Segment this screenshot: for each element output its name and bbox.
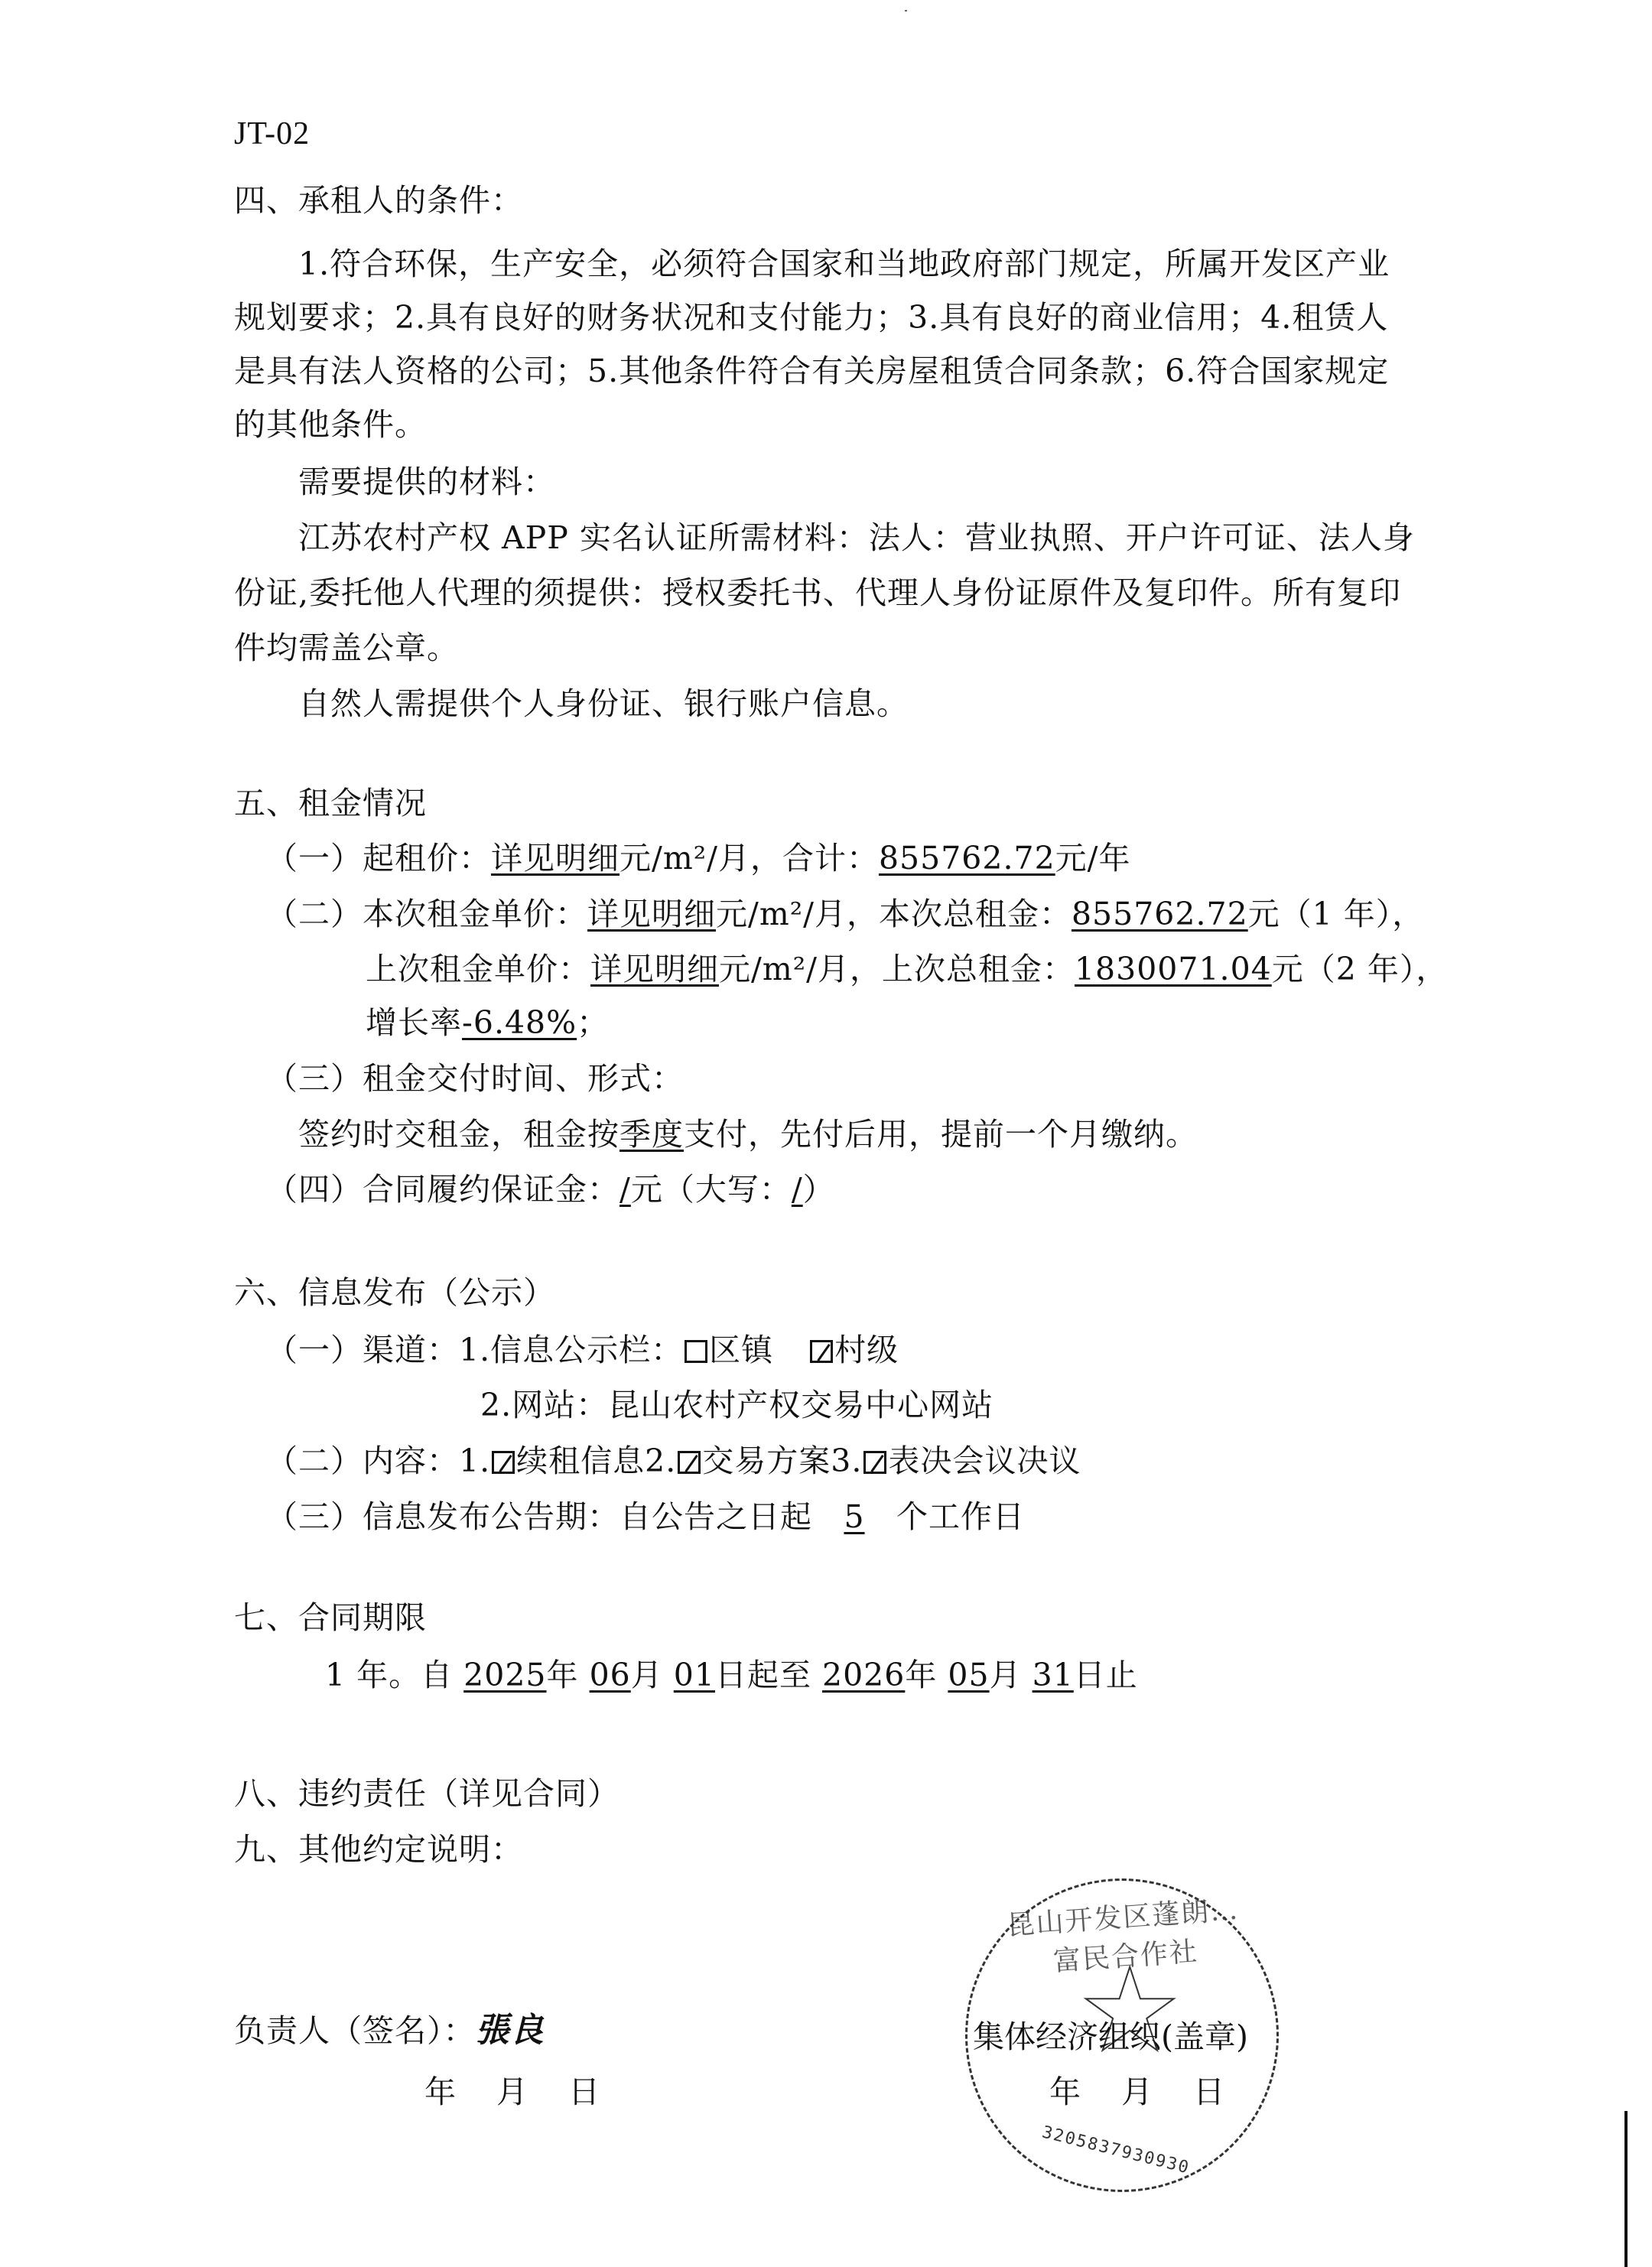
content-transaction-plan: 交易方案 xyxy=(702,1442,831,1479)
materials-title: 需要提供的材料： xyxy=(298,463,555,501)
content-num-3: 3. xyxy=(831,1442,862,1479)
deposit-amount: / xyxy=(619,1171,631,1208)
month-char: 月 xyxy=(631,1657,663,1693)
option-district-town: 区镇 xyxy=(709,1332,773,1368)
checkbox-renewal-info[interactable] xyxy=(492,1451,515,1474)
day-end-text: 日止 xyxy=(1074,1657,1138,1693)
deposit-amount-caps: / xyxy=(792,1171,803,1208)
content-num-2: 2. xyxy=(645,1442,676,1479)
materials-line-2: 份证,委托他人代理的须提供：授权委托书、代理人身份证原件及复印件。所有复印 xyxy=(234,574,1401,612)
condition-line-2: 规划要求；2.具有良好的财务状况和支付能力；3.具有良好的商业信用；4.租赁人 xyxy=(234,298,1388,337)
growth-label: 增长率 xyxy=(366,1004,462,1041)
current-total: 855762.72 xyxy=(1072,896,1248,932)
stamp-code: 3205837930930 xyxy=(1040,2122,1192,2178)
section6-title: 六、信息发布（公示） xyxy=(234,1273,555,1312)
deposit-line: （四）合同履约保证金：/元（大写：/） xyxy=(266,1170,835,1208)
starting-rent-prefix: （一）起租价： xyxy=(266,840,491,877)
scan-speck xyxy=(905,10,907,11)
day-start-text: 日起至 xyxy=(715,1657,811,1693)
current-rent-prefix: （二）本次租金单价： xyxy=(266,896,587,932)
growth-suffix: ； xyxy=(577,1004,609,1041)
section4-title: 四、承租人的条件： xyxy=(234,181,523,220)
start-day: 01 xyxy=(674,1657,715,1693)
notice-days: 5 xyxy=(812,1498,896,1536)
condition-line-4: 的其他条件。 xyxy=(234,405,427,444)
seal-date: 年 月 日 xyxy=(1049,2067,1224,2112)
current-unit: 元/m²/月，本次总租金： xyxy=(716,896,1072,932)
notice-prefix: （三）信息发布公告期：自公告之日起 xyxy=(266,1498,812,1535)
payment-title: （三）租金交付时间、形式： xyxy=(266,1059,684,1098)
scan-edge-line xyxy=(1624,2111,1628,2267)
payment-suffix: 支付，先付后用，提前一个月缴纳。 xyxy=(684,1116,1198,1153)
starting-total: 855762.72 xyxy=(879,840,1055,877)
option-village: 村级 xyxy=(834,1332,899,1368)
term-line: 1 年。自 2025年 06月 01日起至 2026年 05月 31日止 xyxy=(325,1656,1138,1694)
signature-label: 负责人（签名）： xyxy=(234,2012,476,2049)
materials-line-1: 江苏农村产权 APP 实名认证所需材料：法人：营业执照、开户许可证、法人身 xyxy=(298,519,1415,557)
notice-period-line: （三）信息发布公告期：自公告之日起5个工作日 xyxy=(266,1498,1025,1536)
seal-label: 集体经济组织(盖章) xyxy=(973,2012,1248,2057)
channels-line: （一）渠道：1.信息公示栏：区镇村级 xyxy=(266,1331,899,1369)
end-year: 2026 xyxy=(822,1657,905,1693)
section7-title: 七、合同期限 xyxy=(234,1599,427,1637)
start-year: 2025 xyxy=(463,1657,546,1693)
section9-title: 九、其他约定说明： xyxy=(234,1830,523,1869)
channels-prefix: （一）渠道：1.信息公示栏： xyxy=(266,1332,683,1368)
signature-handwriting: 張良 xyxy=(476,2011,545,2050)
end-day: 31 xyxy=(1032,1657,1074,1693)
payment-prefix: 签约时交租金，租金按 xyxy=(298,1116,619,1153)
current-total-suffix: 元（1 年）， xyxy=(1248,896,1425,932)
growth-rate-line: 增长率-6.48%； xyxy=(366,1003,609,1042)
payment-line: 签约时交租金，租金按季度支付，先付后用，提前一个月缴纳。 xyxy=(298,1115,1198,1153)
end-month: 05 xyxy=(948,1657,989,1693)
start-month: 06 xyxy=(590,1657,631,1693)
term-prefix: 1 年。自 xyxy=(325,1657,453,1693)
checkbox-village[interactable] xyxy=(810,1340,833,1363)
starting-rent-line: （一）起租价：详见明细元/m²/月，合计：855762.72元/年 xyxy=(266,839,1131,877)
notice-suffix: 个工作日 xyxy=(896,1498,1025,1535)
current-unit-price: 详见明细 xyxy=(587,896,716,932)
content-line: （二）内容：1.续租信息2.交易方案3.表决会议决议 xyxy=(266,1442,1081,1480)
previous-total: 1830071.04 xyxy=(1075,951,1272,987)
payment-period: 季度 xyxy=(619,1116,684,1153)
deposit-prefix: （四）合同履约保证金： xyxy=(266,1171,619,1208)
signature-line: 负责人（签名）：張良 xyxy=(234,2012,545,2050)
condition-line-3: 是具有法人资格的公司；5.其他条件符合有关房屋租赁合同条款；6.符合国家规定 xyxy=(234,352,1389,390)
previous-rent-label: 上次租金单价： xyxy=(366,951,590,987)
year-char: 年 xyxy=(547,1657,579,1693)
checkbox-transaction-plan[interactable] xyxy=(678,1451,701,1474)
document-page: JT-02 四、承租人的条件： 1.符合环保，生产安全，必须符合国家和当地政府部… xyxy=(0,0,1652,2267)
doc-code: JT-02 xyxy=(234,115,310,153)
growth-rate: -6.48% xyxy=(462,1004,577,1041)
content-prefix: （二）内容： xyxy=(266,1442,459,1479)
previous-rent-line: 上次租金单价：详见明细元/m²/月，上次总租金：1830071.04元（2 年）… xyxy=(366,950,1448,988)
materials-line-3: 件均需盖公章。 xyxy=(234,629,459,667)
deposit-mid: 元（大写： xyxy=(631,1171,792,1208)
content-renewal-info: 续租信息 xyxy=(516,1442,645,1479)
previous-unit-price: 详见明细 xyxy=(590,951,719,987)
signature-date: 年 月 日 xyxy=(424,2067,600,2112)
previous-unit: 元/m²/月，上次总租金： xyxy=(719,951,1075,987)
content-num-1: 1. xyxy=(459,1442,490,1479)
previous-total-suffix: 元（2 年）， xyxy=(1272,951,1449,987)
deposit-suffix: ） xyxy=(803,1171,835,1208)
website-line: 2.网站：昆山农村产权交易中心网站 xyxy=(480,1386,993,1424)
condition-line-1: 1.符合环保，生产安全，必须符合国家和当地政府部门规定，所属开发区产业 xyxy=(298,245,1390,283)
natural-person-line: 自然人需提供个人身份证、银行账户信息。 xyxy=(298,685,909,723)
starting-unit: 元/m²/月，合计： xyxy=(619,840,879,877)
checkbox-district-town[interactable] xyxy=(685,1340,707,1363)
section8-title: 八、违约责任（详见合同） xyxy=(234,1774,619,1813)
content-meeting-resolution: 表决会议决议 xyxy=(888,1442,1081,1479)
starting-total-unit: 元/年 xyxy=(1055,840,1131,877)
starting-unit-price: 详见明细 xyxy=(491,840,619,877)
month-char: 月 xyxy=(990,1657,1022,1693)
current-rent-line: （二）本次租金单价：详见明细元/m²/月，本次总租金：855762.72元（1 … xyxy=(266,895,1424,933)
checkbox-meeting-resolution[interactable] xyxy=(863,1451,886,1474)
year-char: 年 xyxy=(905,1657,937,1693)
section5-title: 五、租金情况 xyxy=(234,784,427,822)
